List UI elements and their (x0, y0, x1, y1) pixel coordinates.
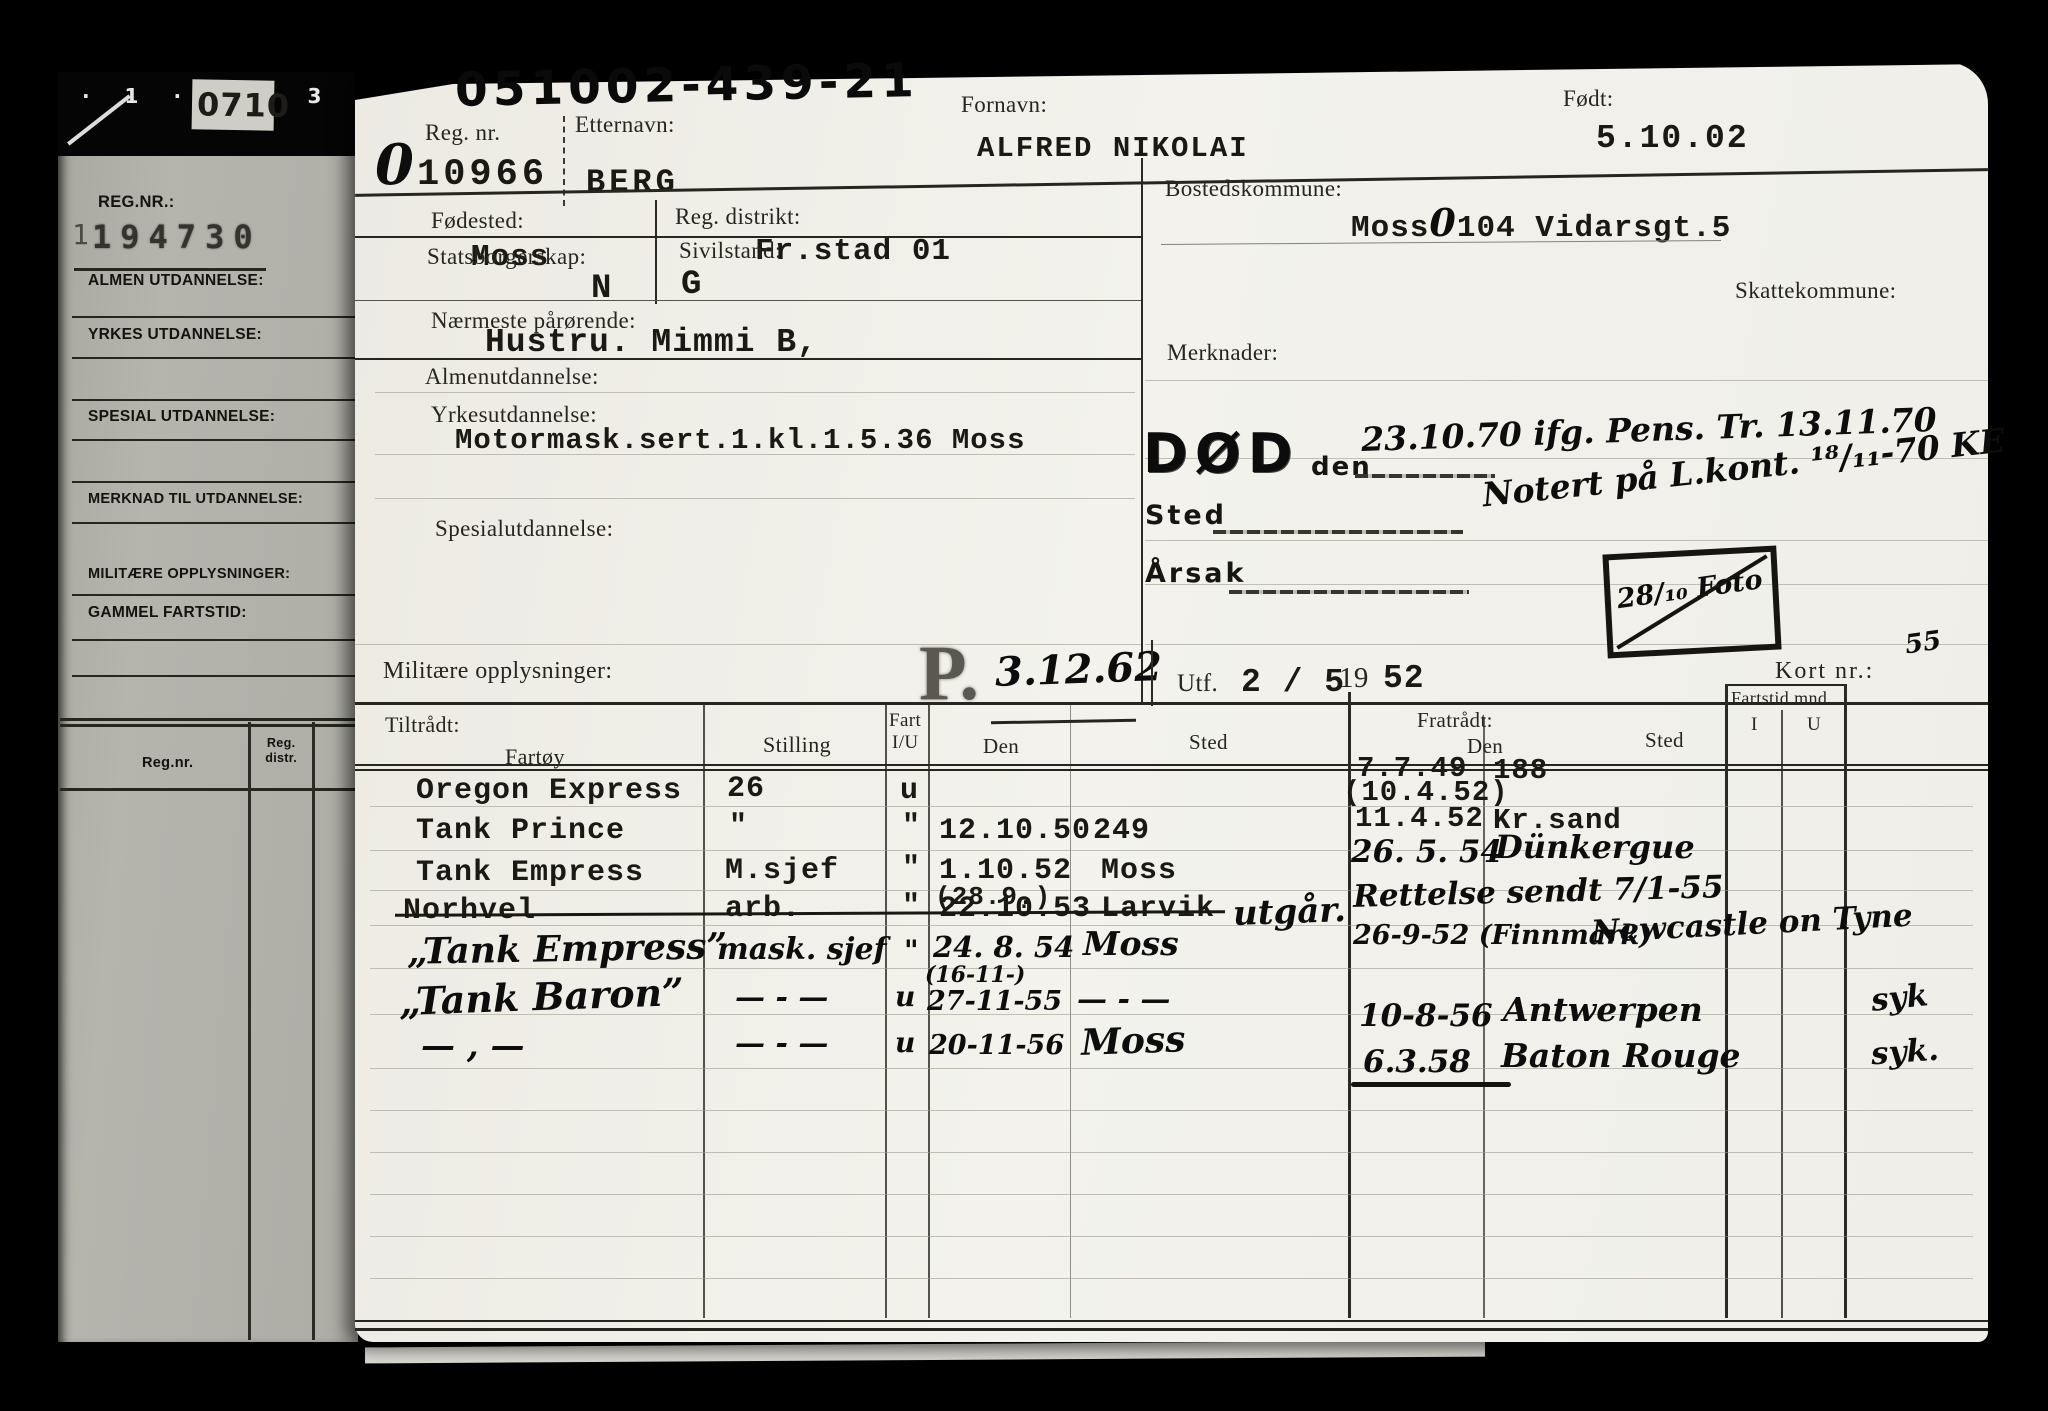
dod-stamp: DØD (1143, 422, 1300, 485)
table-row-stilling: M.sjef (725, 854, 839, 888)
kort-nr-label: Kort nr.: (1775, 658, 1874, 685)
rule (355, 1328, 1988, 1331)
paper-fragment: 0710 (192, 79, 275, 130)
rule (355, 1320, 1988, 1322)
header-fartoy: Fartøy (505, 744, 565, 770)
rule (1725, 684, 1728, 1318)
page-edge-sliver (365, 1341, 1485, 1364)
table-row-fartoy: Tank Prince (416, 814, 625, 848)
table-row-fra-sted: Baton Rouge (1501, 1036, 1741, 1075)
table-row-fra-sted: 188 (1493, 754, 1548, 787)
subtable-head-regdistr: Reg. distr. (254, 736, 308, 766)
header-fart-line1: Fart (889, 710, 921, 732)
reg-value-hand-zero: 0 (375, 132, 414, 198)
table-row-stilling: arb. (725, 892, 801, 926)
table-row-fartoy: Tank Empress (416, 856, 644, 890)
rule (885, 704, 887, 1318)
rule (72, 522, 358, 524)
etternavn-label: Etternavn: (575, 112, 675, 138)
statsborgerskap-label: Statsborgerskap: (427, 244, 586, 270)
regnr-value: 194730 (92, 218, 262, 256)
rule (1728, 684, 1847, 686)
rule (248, 722, 251, 1340)
table-row-fartoy: „Tank Baron” (398, 969, 684, 1024)
table-row-sted: Moss (1080, 1018, 1186, 1064)
table-row-fra-den: 6.3.58 (1363, 1044, 1471, 1080)
table-row-sted: 249 (1093, 814, 1150, 848)
rule (72, 357, 358, 359)
rule (72, 316, 358, 318)
rule (375, 392, 1135, 393)
archive-number-annotation: 051002-439-21 (454, 53, 919, 118)
fodested-label: Fødested: (431, 208, 524, 234)
rule (1145, 540, 1988, 541)
statsborgerskap-value: N (591, 270, 612, 308)
regnr-label: REG.NR.: (98, 192, 175, 212)
yrkes-value: Motormask.sert.1.kl.1.5.36 Moss (455, 424, 1026, 457)
table-row-fra-sted: Antwerpen (1503, 990, 1703, 1029)
fragment-number: 0710 (197, 85, 291, 125)
table-row-margin-note: syk. (1870, 1032, 1940, 1073)
sted-stamp: Sted (1145, 500, 1227, 531)
rule (72, 594, 358, 596)
rule (1145, 584, 1988, 585)
sidebar-label-fartstid: GAMMEL FARTSTID: (88, 604, 247, 622)
bosted-hand-digit: 0 (1429, 200, 1456, 245)
sidebar-label-militare: MILITÆRE OPPLYSNINGER: (88, 565, 290, 582)
table-row-fart: u (900, 774, 919, 808)
utf-century: 19 (1339, 662, 1369, 695)
table-row-stilling: — - — (735, 980, 828, 1015)
table-row-margin-note: syk (1869, 977, 1929, 1019)
fodt-label: Født: (1563, 86, 1614, 112)
header-fra-sted: Sted (1645, 728, 1684, 753)
header-fartstid-u: U (1807, 714, 1821, 736)
rule (1355, 474, 1495, 478)
table-row-fra-den: 10-8-56 (1359, 998, 1493, 1034)
sivilstand-value: G (681, 266, 702, 304)
rule (1145, 380, 1988, 381)
header-fartstid-i: I (1751, 714, 1758, 736)
reg-distrikt-label: Reg. distrikt: (675, 204, 801, 230)
subtable-head-regnr: Reg.nr. (142, 754, 193, 771)
almen-label: Almenutdannelse: (425, 364, 599, 390)
rule (655, 200, 657, 304)
header-sted: Sted (1189, 730, 1228, 755)
sidebar-label-merknad: MERKNAD TIL UTDANNELSE: (88, 490, 303, 507)
arsak-stamp: Årsak (1145, 558, 1246, 589)
table-row-fart: " (902, 810, 921, 844)
rule (370, 850, 1973, 851)
rule (355, 358, 1141, 360)
table-row-fart: u (895, 980, 915, 1013)
foto-stamp-diagonal (1609, 552, 1776, 652)
regnr-prefix: 1 (72, 218, 89, 251)
tiltradt-label: Tiltrådt: (385, 712, 460, 738)
sidebar-label-spesial: SPESIAL UTDANNELSE: (88, 408, 275, 426)
rule (370, 1236, 1973, 1237)
table-row-fartoy: „Tank Empress” (407, 925, 728, 973)
margin-note-hand: 55 (1903, 626, 1943, 661)
skattekommune-label: Skattekommune: (1735, 278, 1896, 304)
rule (1145, 644, 1988, 645)
rule (312, 722, 315, 1340)
rule (72, 675, 358, 677)
rule (74, 268, 266, 271)
rule (72, 439, 358, 441)
fodt-value: 5.10.02 (1596, 120, 1749, 157)
rule (1151, 640, 1153, 706)
table-row-fart: " (904, 934, 919, 967)
fornavn-value: ALFRED NIKOLAI (977, 132, 1249, 165)
reg-value: 10966 (417, 154, 548, 196)
rule (355, 644, 1141, 645)
bosted-town: Moss (1351, 211, 1429, 246)
rule (370, 890, 1973, 891)
rule (1844, 684, 1847, 1318)
table-row-den: 27-11-55 (927, 986, 1062, 1017)
table-row-fartoy: Norhvel (403, 894, 536, 928)
rule (370, 1152, 1973, 1153)
rule (1351, 1082, 1511, 1087)
rule (355, 300, 1141, 301)
table-row-sted: Larvik (1101, 892, 1215, 926)
rule (72, 481, 358, 483)
rule (72, 399, 358, 401)
rule (60, 718, 358, 721)
bosted-value: Moss0104 Vidarsgt.5 (1351, 200, 1731, 246)
rule (375, 498, 1135, 499)
table-row-fart: u (895, 1026, 915, 1059)
header-fartstid: Fartstid mnd. (1731, 688, 1832, 709)
header-fart-line2: I/U (892, 732, 919, 754)
rule (991, 719, 1136, 724)
table-row-note: utgår. (1232, 890, 1346, 934)
rule (370, 1278, 1973, 1279)
sivilstand-label: Sivilstand: (679, 238, 782, 264)
sidebar-label-yrkes: YRKES UTDANNELSE: (88, 326, 262, 344)
table-row-sted: Moss (1101, 854, 1177, 888)
reg-distrikt-value: Fr.stad 01 (755, 234, 951, 269)
rule (1229, 590, 1469, 594)
table-row-fartoy: — , — (421, 1026, 525, 1066)
table-row-sted: Moss (1083, 924, 1179, 963)
table-row-sted: — - — (1077, 982, 1170, 1017)
table-row-den: 24. 8. 54 (933, 930, 1074, 964)
table-row-stilling: " (729, 810, 748, 844)
rule (1213, 530, 1463, 534)
table-row-fartoy: Oregon Express (416, 774, 682, 808)
rule (703, 704, 705, 1318)
table-row-fra-note: Rettelse sendt 7/1-55 (1353, 869, 1724, 915)
table-row-den: 12.10.50 (939, 814, 1091, 848)
fratradt-label: Fratrådt: (1417, 708, 1493, 733)
merknader-label: Merknader: (1167, 340, 1278, 366)
header-den: Den (983, 734, 1019, 759)
table-row-den: 20-11-56 (929, 1030, 1064, 1061)
table-row-fra-den: 26. 5. 54 (1351, 834, 1502, 870)
background-card: · 1 · 2 · 3 · 4 0710 REG.NR.: 1 194730 A… (58, 72, 358, 1342)
p-date-hand: 3.12.62 (994, 643, 1163, 696)
rule (370, 1194, 1973, 1195)
fornavn-label: Fornavn: (961, 92, 1047, 118)
table-row-fra-den: 11.4.52 (1355, 802, 1484, 835)
rule (355, 764, 1988, 766)
table-row-fart: " (902, 852, 921, 886)
table-row-den: 22.10.53 (939, 892, 1091, 926)
table-row-fra-sted: Dünkergue (1495, 828, 1695, 866)
registration-card: 051002-439-21 Reg. nr. Etternavn: 0 1096… (355, 62, 1988, 1342)
utf-year: 52 (1383, 660, 1425, 697)
table-row-stilling: mask. sjef (717, 932, 886, 967)
parorende-value: Hustru. Mimmi B, (485, 324, 818, 361)
militare-label: Militære opplysninger: (383, 658, 612, 685)
spesial-label: Spesialutdannelse: (435, 516, 613, 542)
rule (375, 454, 1135, 455)
header-stilling: Stilling (763, 732, 831, 758)
table-row-stilling: — - — (735, 1026, 828, 1061)
rule (72, 639, 358, 641)
foto-stamp-box: 28/₁₀ Foto (1602, 546, 1781, 659)
utf-day-month: 2 / 5 (1241, 664, 1345, 701)
sidebar-label-almen: ALMEN UTDANNELSE: (88, 272, 264, 290)
reg-nr-label: Reg. nr. (425, 120, 500, 146)
rule (355, 769, 1988, 771)
table-row-fart: " (902, 890, 921, 924)
rule (1070, 704, 1071, 1318)
rule (370, 1110, 1973, 1111)
table-row-den2: (16-11-) (925, 962, 1025, 988)
table-row-stilling: 26 (727, 772, 765, 806)
utf-label: Utf. (1177, 670, 1218, 698)
etternavn-value: BERG (586, 164, 679, 201)
